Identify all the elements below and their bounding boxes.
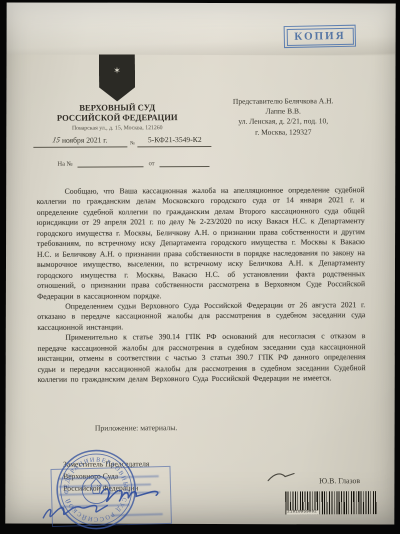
copy-stamp-label: КОПИЯ (286, 27, 354, 45)
letter-content: КОПИЯ ✶ ВЕРХОВНЫЙ СУД РОССИЙСКОЙ ФЕДЕРАЦ… (5, 2, 397, 525)
handwritten-day: 15 (52, 135, 61, 144)
number-sign: № (130, 141, 135, 147)
reference-blank-2 (160, 159, 210, 167)
reference-middle: от (149, 160, 155, 167)
org-name-line2: РОССИЙСКОЙ ФЕДЕРАЦИИ (17, 113, 217, 124)
barcode-number: 21010959002 (286, 510, 319, 514)
letter-body: Сообщаю, что Ваша кассационная жалоба на… (37, 185, 366, 385)
barcode: 21010959002 (285, 491, 377, 514)
coat-of-arms-icon: ✶ (99, 54, 135, 101)
eagle-emblem-icon: ✶ (99, 66, 135, 75)
date-rest: ноября 2021 г. (62, 135, 108, 144)
recipient-block: Представителю Белячкова А.Н. Лаппе В.В. … (197, 96, 369, 138)
paper-sheet: КОПИЯ ✶ ВЕРХОВНЫЙ СУД РОССИЙСКОЙ ФЕДЕРАЦ… (5, 2, 395, 524)
letter-date: 15 ноября 2021 г. (33, 135, 127, 147)
reference-line: На № от (57, 159, 209, 168)
body-paragraph: Применительно к статье 390.14 ГПК РФ осн… (37, 331, 365, 385)
copy-stamp: КОПИЯ (284, 25, 357, 48)
attachment-line: Приложение: материалы. (95, 423, 178, 432)
pen-check-mark (265, 469, 299, 485)
org-name: ВЕРХОВНЫЙ СУД РОССИЙСКОЙ ФЕДЕРАЦИИ (17, 103, 217, 124)
date-number-row: 15 ноября 2021 г. № 5-КФ21-3549-К2 (17, 135, 227, 148)
reference-prefix: На № (57, 161, 72, 168)
reference-blank-1 (78, 159, 144, 167)
signer-name: Ю.В. Глазов (319, 476, 360, 485)
handwritten-signature (35, 477, 195, 530)
body-paragraph: Определением судьи Верховного Суда Росси… (37, 300, 365, 333)
document-photo: КОПИЯ ✶ ВЕРХОВНЫЙ СУД РОССИЙСКОЙ ФЕДЕРАЦ… (0, 0, 400, 534)
body-paragraph: Сообщаю, что Ваша кассационная жалоба на… (37, 185, 366, 302)
recipient-line: г. Москва, 129327 (197, 127, 369, 138)
handwritten-date (43, 505, 107, 517)
org-address: Поварская ул., д. 15, Москва, 121260 (17, 125, 217, 132)
